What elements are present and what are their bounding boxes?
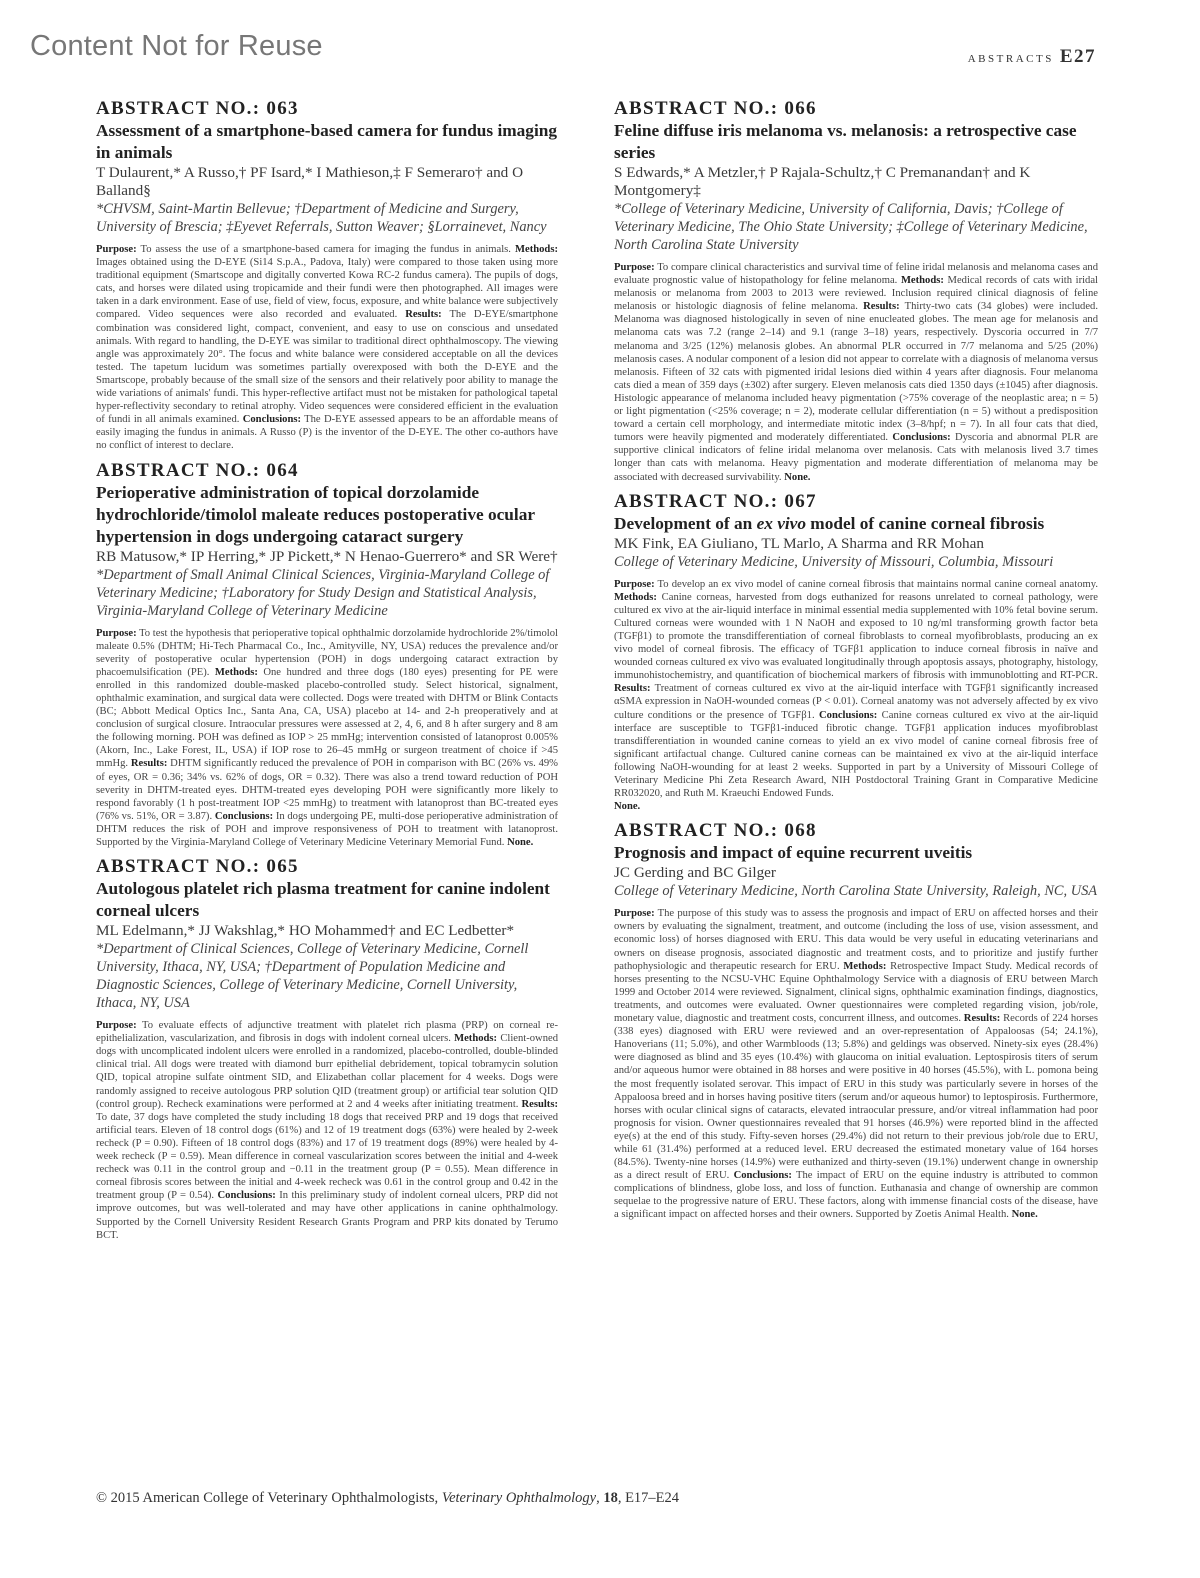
- abstract-affiliations: *College of Veterinary Medicine, Univers…: [614, 200, 1098, 254]
- section-label: ABSTRACTS: [968, 53, 1054, 65]
- abstract-064: ABSTRACT NO.: 064 Perioperative administ…: [96, 460, 558, 850]
- conclusions-label: Conclusions:: [215, 811, 273, 822]
- purpose-label: Purpose:: [96, 1020, 137, 1031]
- results-text: The D-EYE/smartphone combination was con…: [96, 309, 558, 425]
- abstract-068: ABSTRACT NO.: 068 Prognosis and impact o…: [614, 820, 1098, 1221]
- page-footer: © 2015 American College of Veterinary Op…: [96, 1490, 679, 1507]
- abstract-063: ABSTRACT NO.: 063 Assessment of a smartp…: [96, 98, 558, 453]
- abstract-number: ABSTRACT NO.: 066: [614, 98, 1098, 120]
- disclosure: None.: [614, 801, 640, 812]
- conclusions-label: Conclusions:: [243, 414, 301, 425]
- abstract-065: ABSTRACT NO.: 065 Autologous platelet ri…: [96, 856, 558, 1242]
- journal-name: Veterinary Ophthalmology: [442, 1490, 596, 1506]
- left-column: ABSTRACT NO.: 063 Assessment of a smartp…: [96, 98, 558, 1249]
- copyright: © 2015 American College of Veterinary Op…: [96, 1490, 442, 1506]
- methods-text: Canine corneas, harvested from dogs euth…: [614, 592, 1098, 682]
- abstract-affiliations: *Department of Small Animal Clinical Sci…: [96, 566, 558, 620]
- abstract-body: Purpose: To evaluate effects of adjuncti…: [96, 1019, 558, 1242]
- conclusions-label: Conclusions:: [218, 1190, 276, 1201]
- page-number: E27: [1060, 46, 1096, 68]
- abstract-authors: T Dulaurent,* A Russo,† PF Isard,* I Mat…: [96, 164, 558, 200]
- conclusions-label: Conclusions:: [892, 432, 950, 443]
- abstract-body: Purpose: To compare clinical characteris…: [614, 261, 1098, 484]
- results-label: Results:: [131, 758, 168, 769]
- disclosure: None.: [784, 472, 810, 483]
- abstract-number: ABSTRACT NO.: 067: [614, 491, 1098, 513]
- abstract-body: Purpose: To test the hypothesis that per…: [96, 627, 558, 850]
- abstract-authors: S Edwards,* A Metzler,† P Rajala-Schultz…: [614, 164, 1098, 200]
- abstract-066: ABSTRACT NO.: 066 Feline diffuse iris me…: [614, 98, 1098, 484]
- methods-label: Methods:: [215, 667, 258, 678]
- purpose-label: Purpose:: [96, 628, 137, 639]
- abstract-authors: ML Edelmann,* JJ Wakshlag,* HO Mohammed†…: [96, 922, 558, 940]
- abstract-number: ABSTRACT NO.: 065: [96, 856, 558, 878]
- purpose-label: Purpose:: [614, 262, 655, 273]
- abstract-body: Purpose: To assess the use of a smartpho…: [96, 243, 558, 453]
- results-text: Thirty-two cats (34 globes) were include…: [614, 301, 1098, 443]
- purpose-label: Purpose:: [614, 579, 655, 590]
- abstract-title: Prognosis and impact of equine recurrent…: [614, 842, 1098, 864]
- disclosure: None.: [1012, 1209, 1038, 1220]
- page-range: , E17–E24: [618, 1490, 679, 1506]
- results-label: Results:: [405, 309, 442, 320]
- abstract-title: Autologous platelet rich plasma treatmen…: [96, 878, 558, 922]
- results-text: To date, 37 dogs have completed the stud…: [96, 1112, 558, 1202]
- conclusions-label: Conclusions:: [819, 710, 877, 721]
- abstract-body: Purpose: To develop an ex vivo model of …: [614, 578, 1098, 814]
- abstract-title: Feline diffuse iris melanoma vs. melanos…: [614, 120, 1098, 164]
- title-pre: Development of an: [614, 514, 757, 533]
- results-text: Records of 224 horses (338 eyes) diagnos…: [614, 1013, 1098, 1181]
- abstract-affiliations: *Department of Clinical Sciences, Colleg…: [96, 940, 558, 1012]
- methods-text: One hundred and three dogs (180 eyes) pr…: [96, 667, 558, 770]
- purpose-text: To assess the use of a smartphone-based …: [140, 244, 510, 255]
- title-post: model of canine corneal fibrosis: [806, 514, 1044, 533]
- methods-label: Methods:: [515, 244, 558, 255]
- abstract-affiliations: College of Veterinary Medicine, Universi…: [614, 553, 1098, 571]
- methods-label: Methods:: [901, 275, 944, 286]
- abstract-number: ABSTRACT NO.: 068: [614, 820, 1098, 842]
- abstract-affiliations: *CHVSM, Saint-Martin Bellevue; †Departme…: [96, 200, 558, 236]
- abstract-authors: RB Matusow,* IP Herring,* JP Pickett,* N…: [96, 548, 558, 566]
- methods-label: Methods:: [614, 592, 657, 603]
- purpose-label: Purpose:: [96, 244, 137, 255]
- title-italic: ex vivo: [757, 514, 806, 533]
- abstract-067: ABSTRACT NO.: 067 Development of an ex v…: [614, 491, 1098, 814]
- results-label: Results:: [964, 1013, 1001, 1024]
- results-label: Results:: [863, 301, 900, 312]
- conclusions-label: Conclusions:: [734, 1170, 792, 1181]
- results-label: Results:: [522, 1099, 559, 1110]
- methods-text: Client-owned dogs with uncomplicated ind…: [96, 1033, 558, 1109]
- watermark: Content Not for Reuse: [30, 30, 323, 63]
- abstract-body: Purpose: The purpose of this study was t…: [614, 907, 1098, 1221]
- abstract-number: ABSTRACT NO.: 063: [96, 98, 558, 120]
- methods-label: Methods:: [843, 961, 886, 972]
- disclosure: None.: [507, 837, 533, 848]
- abstract-affiliations: College of Veterinary Medicine, North Ca…: [614, 882, 1098, 900]
- abstract-title: Perioperative administration of topical …: [96, 482, 558, 548]
- abstract-number: ABSTRACT NO.: 064: [96, 460, 558, 482]
- abstract-authors: JC Gerding and BC Gilger: [614, 864, 1098, 882]
- abstract-authors: MK Fink, EA Giuliano, TL Marlo, A Sharma…: [614, 535, 1098, 553]
- methods-label: Methods:: [454, 1033, 497, 1044]
- purpose-text: To develop an ex vivo model of canine co…: [658, 579, 1098, 590]
- volume: 18: [603, 1490, 618, 1506]
- right-column: ABSTRACT NO.: 066 Feline diffuse iris me…: [614, 98, 1098, 1229]
- results-label: Results:: [614, 683, 651, 694]
- purpose-label: Purpose:: [614, 908, 655, 919]
- running-head: ABSTRACTS E27: [968, 46, 1096, 68]
- abstract-title: Development of an ex vivo model of canin…: [614, 513, 1098, 535]
- abstract-title: Assessment of a smartphone-based camera …: [96, 120, 558, 164]
- conclusions-text: Canine corneas cultured ex vivo at the a…: [614, 710, 1098, 800]
